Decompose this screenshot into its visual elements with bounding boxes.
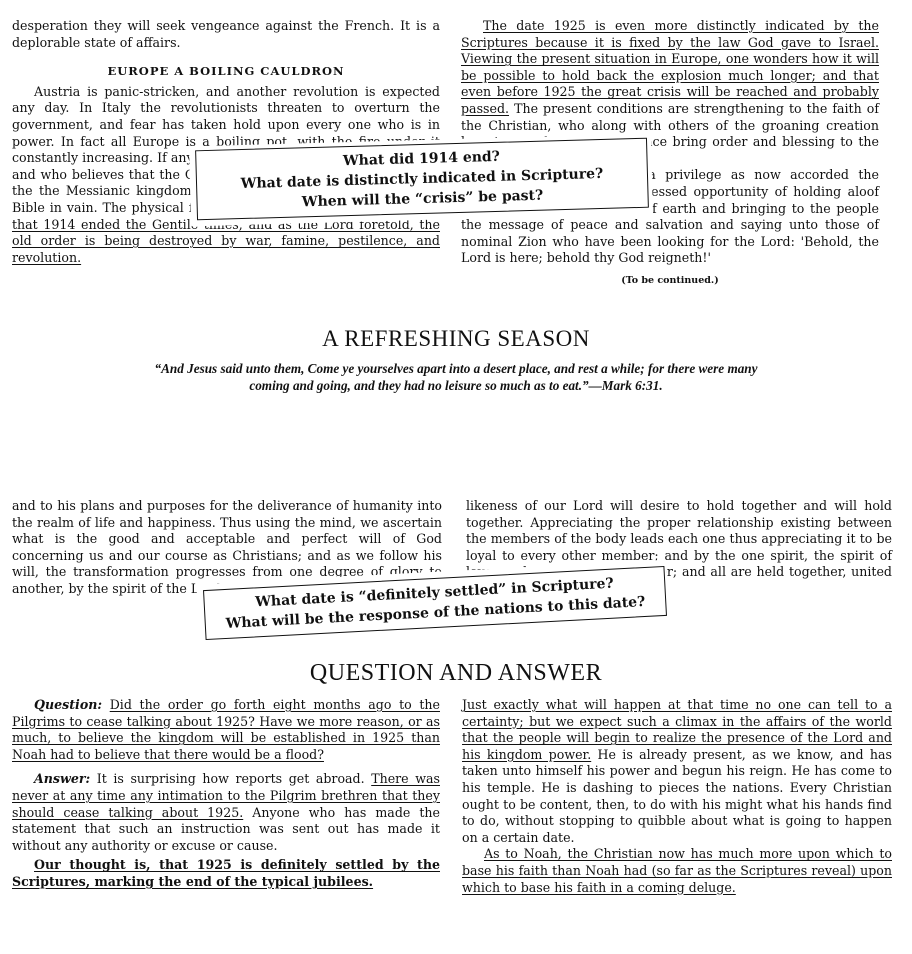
paragraph-desperation: desperation they will seek vengeance aga…: [12, 18, 440, 51]
callout-box-1914: What did 1914 end? What date is distinct…: [195, 138, 649, 221]
answer-label: Answer:: [34, 771, 90, 786]
underlined-noah-passage: As to Noah, the Christian now has much m…: [462, 846, 892, 894]
heading-refreshing-season: A REFRESHING SEASON: [0, 326, 912, 352]
epigraph-line-1: “And Jesus said unto them, Come ye yours…: [0, 360, 912, 378]
qa-right-column: Just exactly what will happen at that ti…: [462, 697, 892, 896]
answer-paragraph: Answer: It is surprising how reports get…: [12, 771, 440, 854]
question-label: Question:: [34, 697, 102, 712]
climax-paragraph: Just exactly what will happen at that ti…: [462, 697, 892, 846]
question-paragraph: Question: Did the order go forth eight m…: [12, 697, 440, 763]
epigraph-line-2: coming and going, and they had no leisur…: [0, 377, 912, 395]
underlined-definitely-settled: Our thought is, that 1925 is definitely …: [12, 857, 440, 889]
subheading-europe: EUROPE A BOILING CAULDRON: [12, 63, 440, 80]
to-be-continued: (To be continued.): [461, 273, 879, 290]
noah-paragraph: As to Noah, the Christian now has much m…: [462, 846, 892, 896]
qa-left-column: Question: Did the order go forth eight m…: [12, 697, 440, 891]
thought-paragraph: Our thought is, that 1925 is definitely …: [12, 857, 440, 890]
heading-question-and-answer: QUESTION AND ANSWER: [0, 660, 912, 687]
